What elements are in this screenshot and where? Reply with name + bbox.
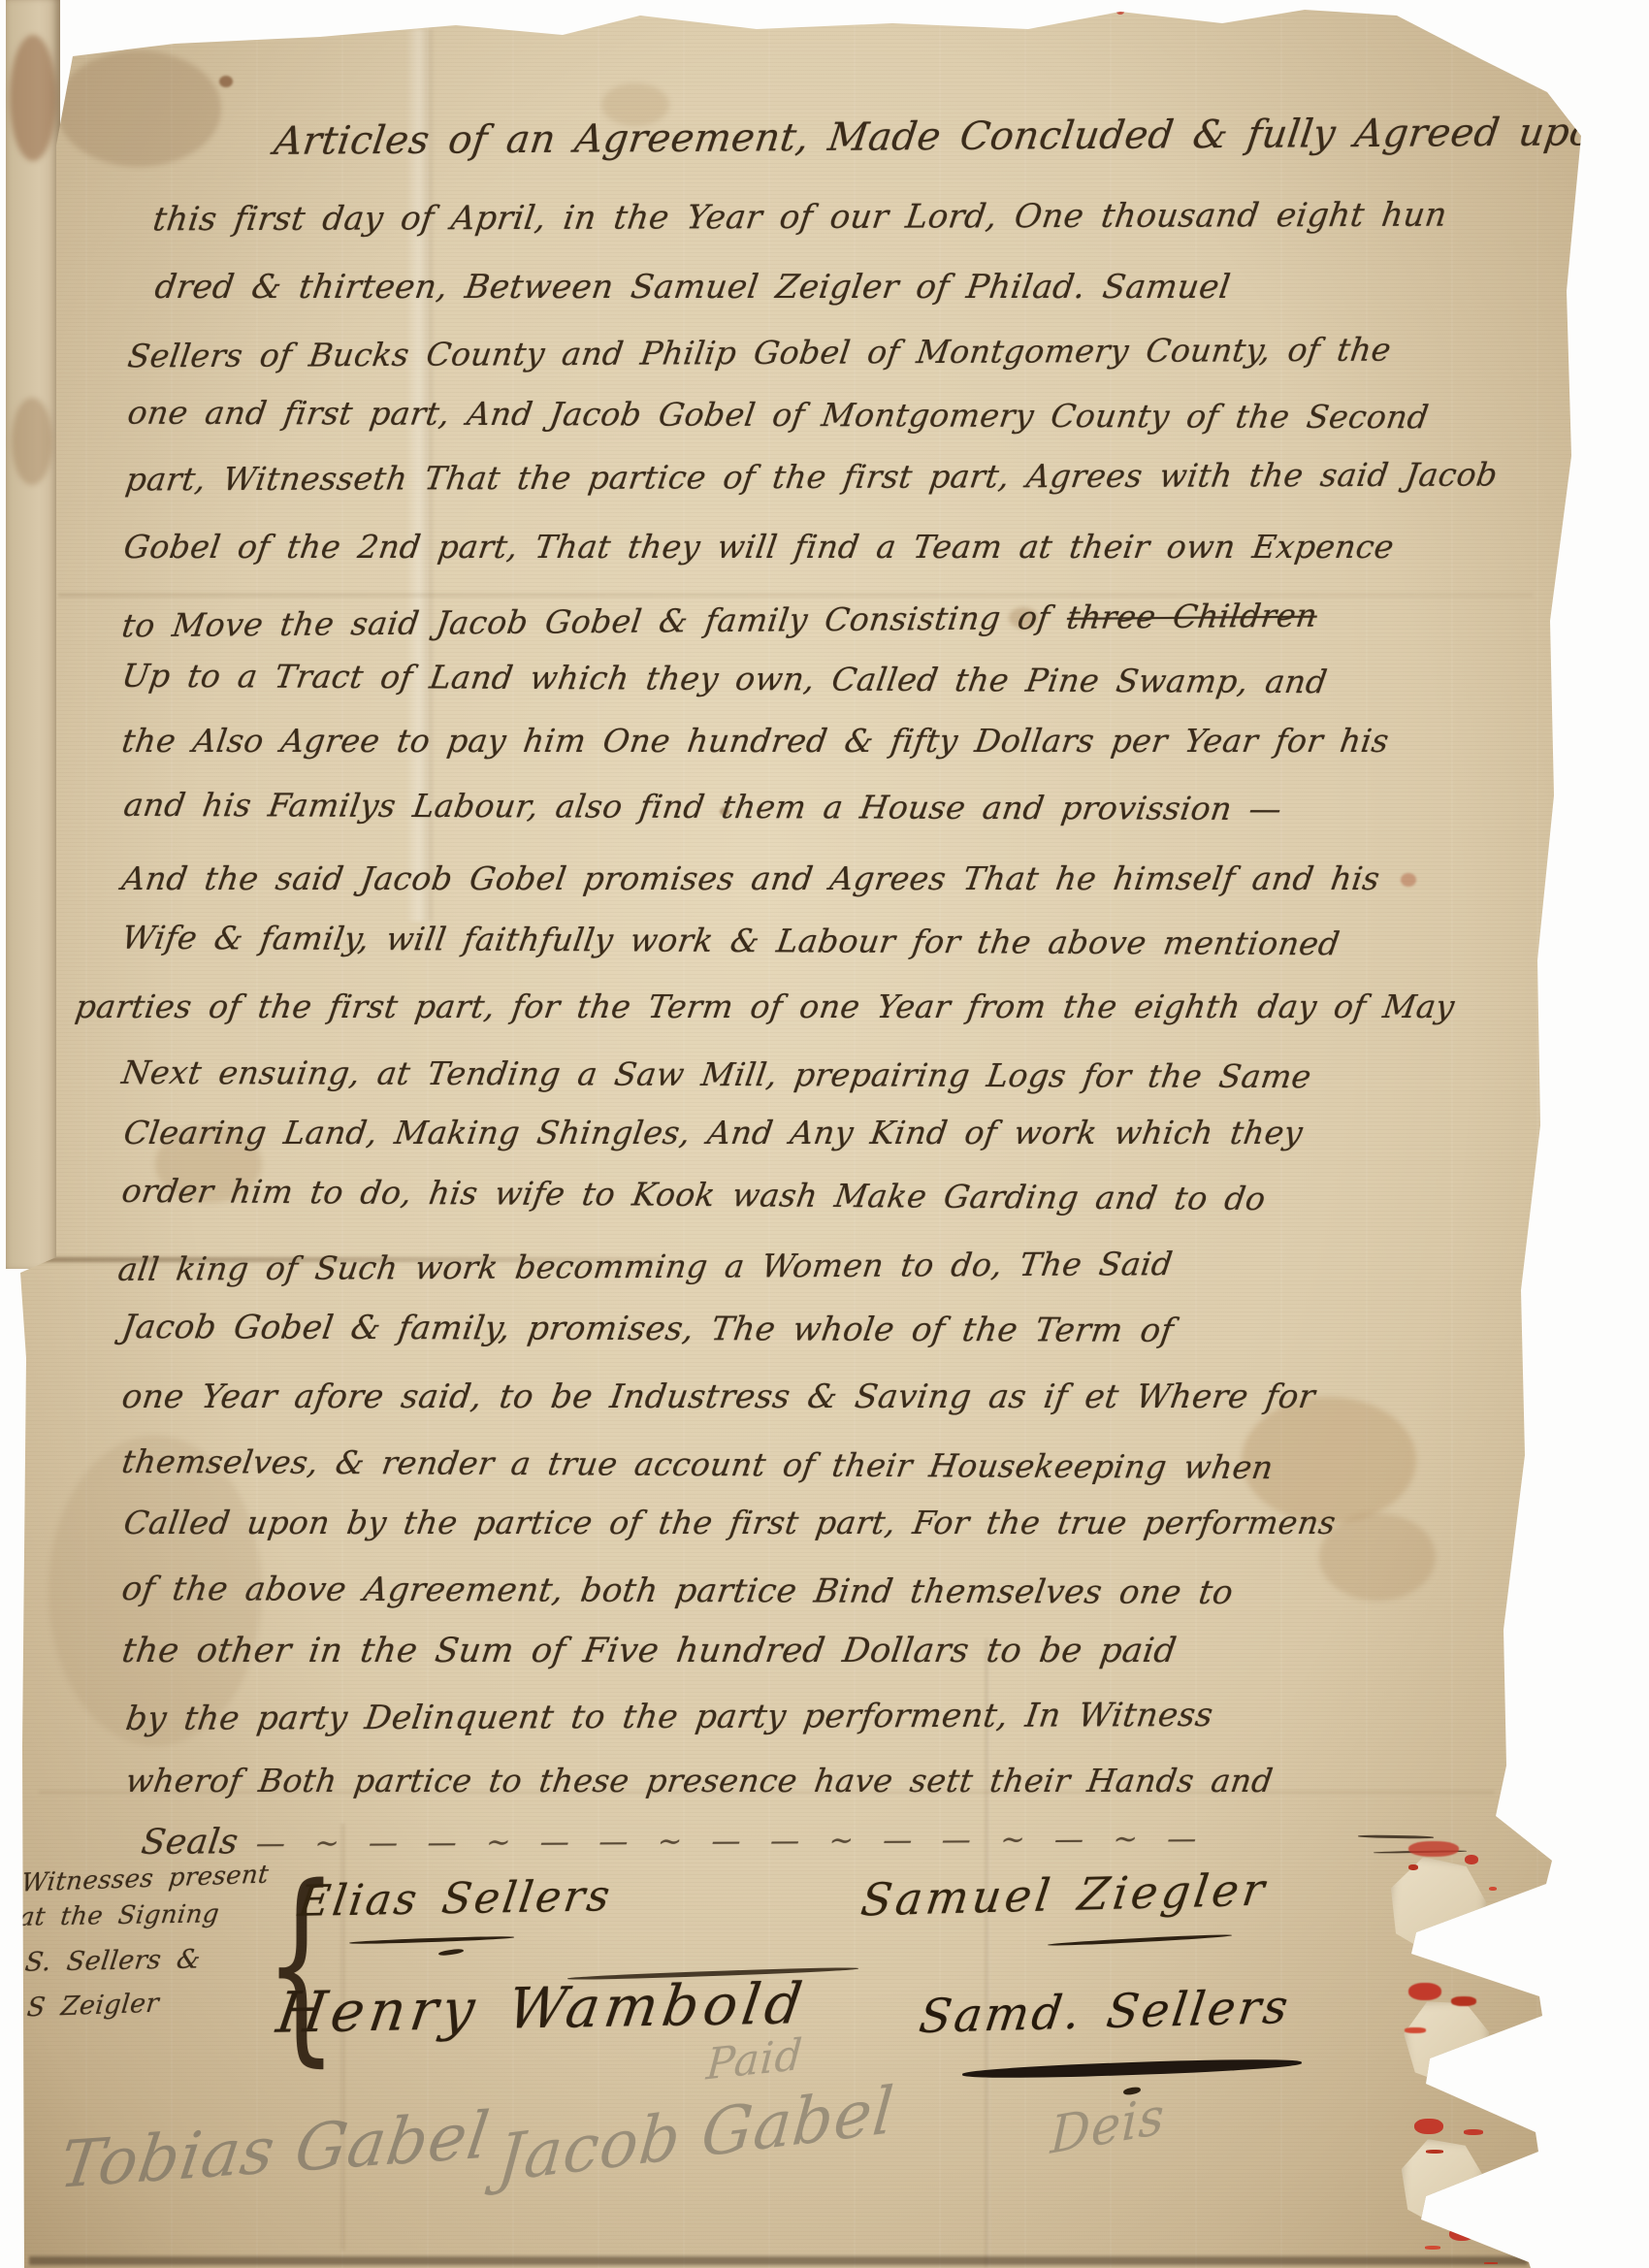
manuscript-line-26: wherof Both partice to these presence ha…: [123, 1762, 1276, 1799]
line-text: the Also Agree to pay him One hundred & …: [119, 722, 1391, 760]
signature-elias-sellers: Elias Sellers: [295, 1871, 615, 1927]
line-text: wherof Both partice to these presence ha…: [123, 1762, 1276, 1799]
manuscript-line-5: one and first part, And Jacob Gobel of M…: [125, 394, 1431, 437]
manuscript-line-20: one Year afore said, to be Industress & …: [119, 1377, 1317, 1416]
scan-bottom-shadow: [29, 2256, 1528, 2265]
line-text: S Zeigler: [25, 1989, 160, 2024]
line-text: and his Familys Labour, also find them a…: [121, 786, 1284, 827]
manuscript-line-13: Wife & family, will faithfully work & La…: [119, 919, 1342, 963]
scanner-bed: Articles of an Agreement, Made Concluded…: [0, 0, 1649, 2268]
manuscript-line-7: Gobel of the 2nd part, That they will fi…: [121, 528, 1396, 566]
manuscript-line-4: Sellers of Bucks County and Philip Gobel…: [125, 331, 1393, 375]
signature-text: Samd. Sellers: [916, 1980, 1294, 2044]
wax-speck: [1331, 0, 1338, 7]
line-text: of the above Agreement, both partice Bin…: [119, 1570, 1236, 1612]
pencil-note-paid: Paid: [704, 2029, 804, 2090]
manuscript-line-1: Articles of an Agreement, Made Concluded…: [272, 110, 1622, 164]
manuscript-line-25: by the party Delinquent to the party per…: [123, 1696, 1215, 1738]
document-sheet: Articles of an Agreement, Made Concluded…: [0, 0, 1649, 2268]
stain: [56, 50, 221, 167]
line-text: Wife & family, will faithfully work & La…: [119, 919, 1342, 963]
line-text: at the Signing: [17, 1899, 221, 1932]
stain: [219, 76, 233, 87]
wax-fragment: [1408, 1841, 1459, 1857]
manuscript-line-3: dred & thirteen, Between Samuel Zeigler …: [152, 268, 1233, 307]
manuscript-line-15: Next ensuing, at Tending a Saw Mill, pre…: [119, 1053, 1313, 1095]
manuscript-line-6: part, Witnesseth That the partice of the…: [123, 456, 1500, 499]
manuscript-line-18: all king of Such work becomming a Women …: [115, 1245, 1175, 1288]
manuscript-line-23: of the above Agreement, both partice Bin…: [119, 1570, 1236, 1612]
wax-fragment: [1408, 1983, 1441, 2000]
line-text: Up to a Tract of Land which they own, Ca…: [119, 657, 1330, 700]
line-text: this first day of April, in the Year of …: [150, 196, 1449, 240]
manuscript-line-9: Up to a Tract of Land which they own, Ca…: [119, 657, 1330, 700]
line-text: Clearing Land, Making Shingles, And Any …: [121, 1114, 1305, 1151]
line-text: Jacob Gobel & family, promises, The whol…: [119, 1308, 1176, 1350]
line-text: the other in the Sum of Five hundred Dol…: [119, 1632, 1179, 1670]
line-text: themselves, & render a true account of t…: [119, 1442, 1276, 1486]
manuscript-line-16: Clearing Land, Making Shingles, And Any …: [121, 1114, 1305, 1151]
pencil-text: Paid: [704, 2029, 804, 2090]
signature-henry-wambold: Henry Wambold: [273, 1970, 811, 2046]
signature-samuel-ziegler: Samuel Ziegler: [858, 1863, 1272, 1926]
line-text: parties of the first part, for the Term …: [73, 988, 1457, 1025]
signature-text: Henry Wambold: [273, 1970, 811, 2046]
line-text: Sellers of Bucks County and Philip Gobel…: [125, 331, 1393, 375]
manuscript-line-17: order him to do, his wife to Kook wash M…: [119, 1172, 1268, 1217]
stain: [1401, 873, 1416, 887]
signature-text: Samuel Ziegler: [858, 1863, 1272, 1926]
manuscript-line-22: Called upon by the partice of the first …: [121, 1504, 1338, 1541]
line-text: S. Sellers &: [23, 1944, 202, 1977]
manuscript-line-19: Jacob Gobel & family, promises, The whol…: [119, 1308, 1176, 1350]
line-text: Called upon by the partice of the first …: [121, 1504, 1338, 1541]
line-text: by the party Delinquent to the party per…: [123, 1696, 1215, 1738]
manuscript-line-14: parties of the first part, for the Term …: [73, 988, 1457, 1025]
manuscript-line-10: the Also Agree to pay him One hundred & …: [119, 722, 1391, 760]
manuscript-line-21: themselves, & render a true account of t…: [119, 1442, 1276, 1486]
line-text: And the said Jacob Gobel promises and Ag…: [119, 859, 1382, 897]
line-text: Gobel of the 2nd part, That they will fi…: [121, 528, 1396, 566]
line-text: one Year afore said, to be Industress & …: [119, 1377, 1317, 1416]
manuscript-line-11: and his Familys Labour, also find them a…: [121, 786, 1284, 827]
witness-note-line-4: S Zeigler: [25, 1989, 160, 2024]
line-text: Articles of an Agreement, Made Concluded…: [272, 110, 1622, 164]
strike-through-text: three Children: [1065, 597, 1320, 636]
line-text: part, Witnesseth That the partice of the…: [123, 456, 1500, 499]
line-text: order him to do, his wife to Kook wash M…: [119, 1172, 1268, 1217]
manuscript-line-24: the other in the Sum of Five hundred Dol…: [119, 1632, 1179, 1670]
seals-flourish: — ~ — — ~ — — ~ — — ~ — — ~ — ~ —: [254, 1822, 1206, 1861]
line-text: all king of Such work becomming a Women …: [115, 1245, 1175, 1288]
wax-fragment: [1449, 2227, 1474, 2241]
witness-note-line-3: S. Sellers &: [23, 1944, 202, 1977]
second-sheet-edge: [6, 0, 60, 1269]
line-text: dred & thirteen, Between Samuel Zeigler …: [152, 268, 1233, 307]
manuscript-line-12: And the said Jacob Gobel promises and Ag…: [119, 859, 1382, 897]
stain: [10, 35, 56, 161]
wax-fragment: [1414, 2119, 1443, 2134]
line-text: Next ensuing, at Tending a Saw Mill, pre…: [119, 1053, 1313, 1095]
stain: [1319, 1513, 1436, 1601]
signature-text: Elias Sellers: [295, 1871, 615, 1927]
wax-speck: [1115, 2, 1125, 15]
stain: [12, 398, 52, 485]
wax-fragment: [1465, 1855, 1478, 1864]
signature-samd-sellers: Samd. Sellers: [916, 1980, 1294, 2044]
witness-note-line-2: at the Signing: [17, 1899, 221, 1932]
line-text: one and first part, And Jacob Gobel of M…: [125, 394, 1431, 437]
line-text: Seals: [139, 1822, 241, 1863]
manuscript-line-2: this first day of April, in the Year of …: [150, 196, 1449, 240]
